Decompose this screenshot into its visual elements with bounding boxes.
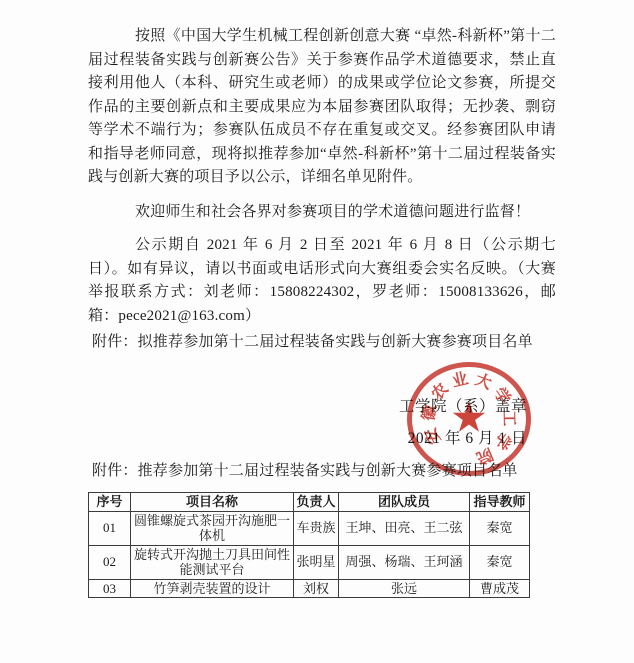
cell-leader: 车贵族 — [294, 511, 339, 545]
official-seal: ★ 安徽农业大学工学院 — [407, 362, 531, 476]
body-paragraph-3: 公示期自 2021 年 6 月 2 日至 2021 年 6 月 8 日（公示期七… — [88, 234, 556, 328]
cell-leader: 张明星 — [294, 545, 339, 579]
cell-advisor: 曹成茂 — [470, 579, 530, 598]
header-advisor: 指导教师 — [470, 493, 530, 512]
cell-index: 03 — [89, 579, 131, 598]
attachment-note-1: 附件：拟推荐参加第十二届过程装备实践与创新大赛参赛项目名单 — [92, 331, 572, 353]
header-index: 序号 — [89, 493, 131, 512]
signature-date: 2021 年 6 月 1 日 — [408, 426, 527, 448]
table-row: 01 圆锥螺旋式茶园开沟施肥一体机 车贵族 王坤、田亮、王二弦 秦宽 — [89, 511, 530, 545]
table-header-row: 序号 项目名称 负责人 团队成员 指导教师 — [89, 493, 530, 512]
cell-project-name: 圆锥螺旋式茶园开沟施肥一体机 — [131, 511, 294, 545]
document-page: 按照《中国大学生机械工程创新创意大赛 “卓然-科新杯”第十二届过程装备实践与创新… — [0, 0, 634, 663]
cell-advisor: 秦宽 — [470, 511, 530, 545]
cell-index: 02 — [89, 545, 131, 579]
stamp-ring-char: 业 — [451, 371, 470, 390]
table-row: 02 旋转式开沟抛土刀具田间性能测试平台 张明星 周强、杨瑞、王珂涵 秦宽 — [89, 545, 530, 579]
cell-advisor: 秦宽 — [470, 545, 530, 579]
header-team-members: 团队成员 — [339, 493, 470, 512]
stamp-ring-char: 大 — [473, 372, 494, 393]
cell-team-members: 周强、杨瑞、王珂涵 — [339, 545, 470, 579]
cell-index: 01 — [89, 511, 131, 545]
cell-project-name: 旋转式开沟抛土刀具田间性能测试平台 — [131, 545, 294, 579]
attachment-note-2: 附件：推荐参加第十二届过程装备实践与创新大赛参赛项目名单 — [92, 460, 572, 482]
body-paragraph-1: 按照《中国大学生机械工程创新创意大赛 “卓然-科新杯”第十二届过程装备实践与创新… — [88, 25, 556, 190]
cell-leader: 刘权 — [294, 579, 339, 598]
header-leader: 负责人 — [294, 493, 339, 512]
stamp-caption-line: 工学院（系）盖章 — [399, 394, 527, 416]
cell-team-members: 王坤、田亮、王二弦 — [339, 511, 470, 545]
table-row: 03 竹笋剥壳装置的设计 刘权 张远 曹成茂 — [89, 579, 530, 598]
cell-team-members: 张远 — [339, 579, 470, 598]
header-project-name: 项目名称 — [131, 493, 294, 512]
cell-project-name: 竹笋剥壳装置的设计 — [131, 579, 294, 598]
body-paragraph-2: 欢迎师生和社会各界对参赛项目的学术道德问题进行监督！ — [88, 201, 556, 225]
projects-table: 序号 项目名称 负责人 团队成员 指导教师 01 圆锥螺旋式茶园开沟施肥一体机 … — [88, 492, 530, 598]
